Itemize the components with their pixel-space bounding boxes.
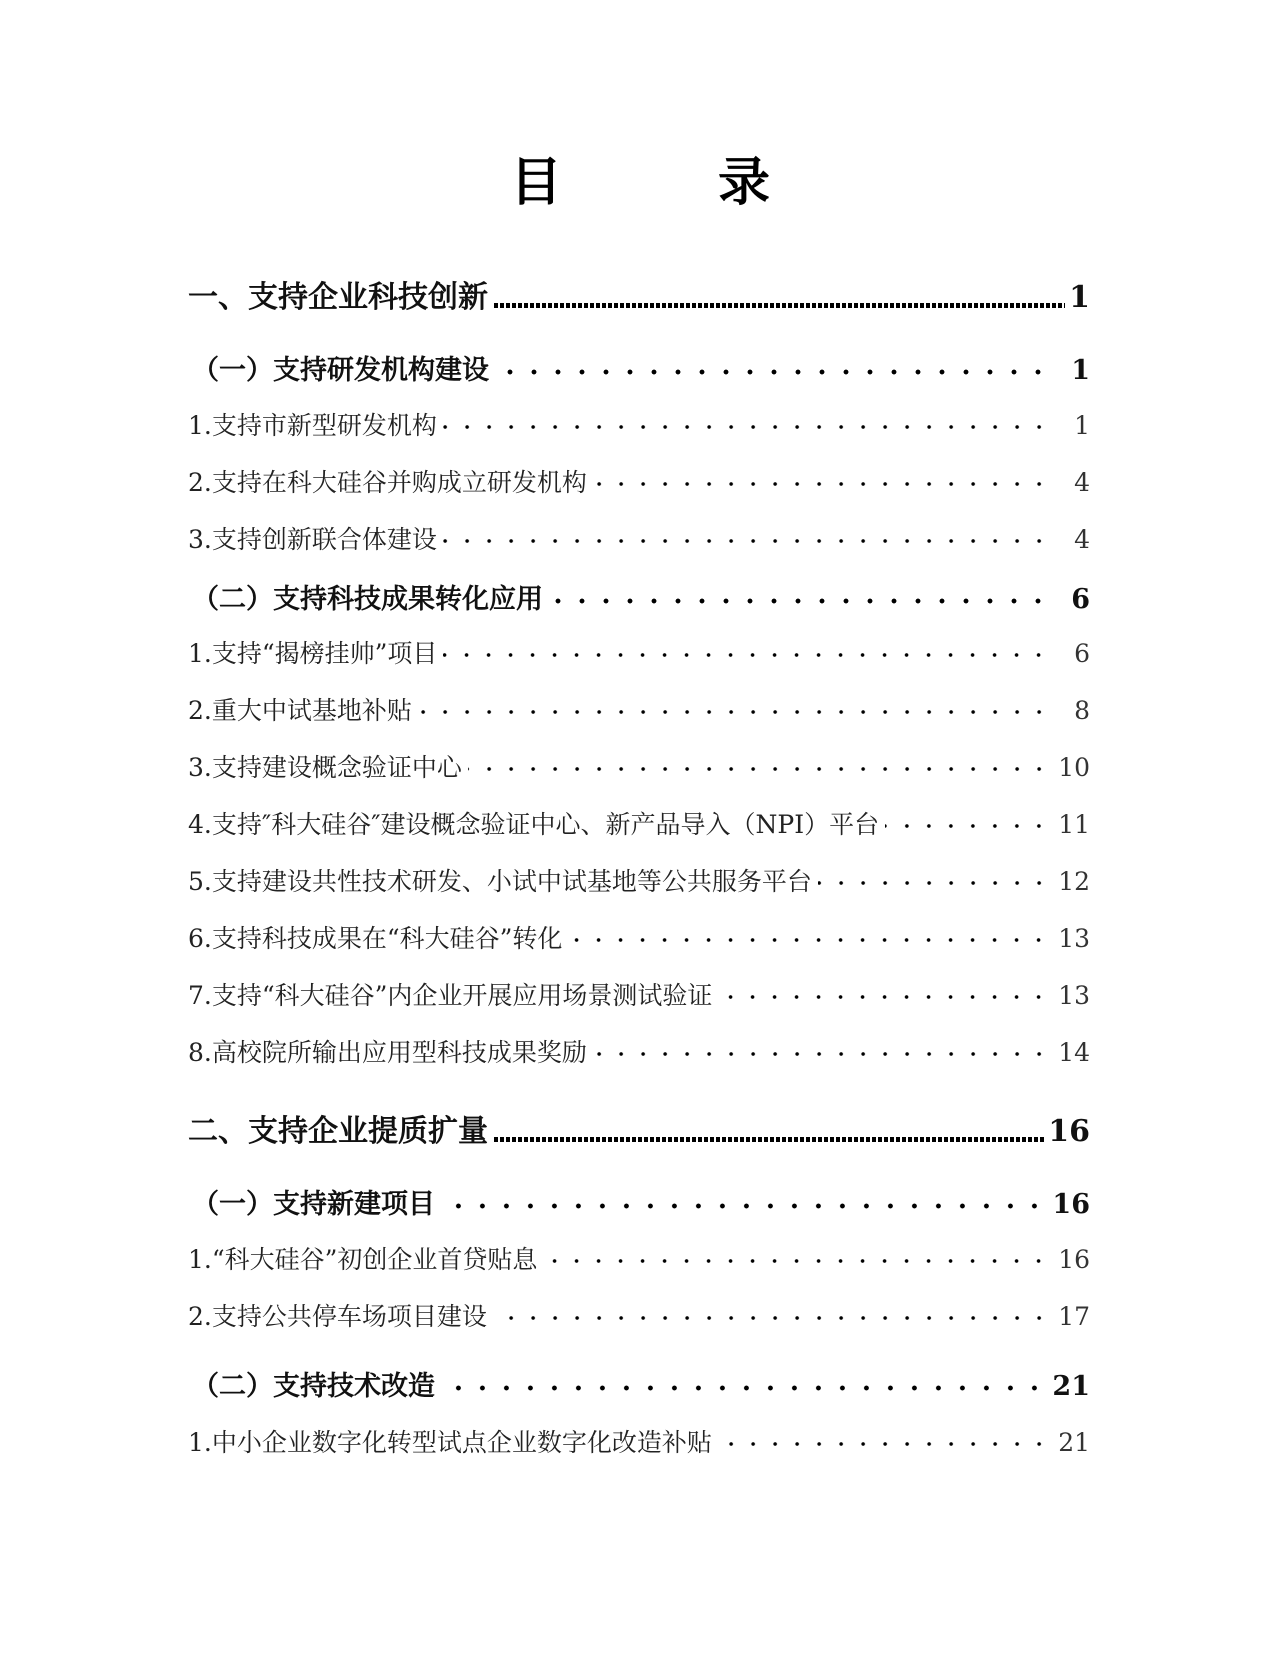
toc-entry-label: （二）支持技术改造 <box>188 1364 435 1403</box>
toc-entry-item[interactable]: 4.支持″科大硅谷″建设概念验证中心、新产品导入（NPI）平台 11 <box>188 805 1090 843</box>
toc-entry-label: （一）支持研发机构建设 <box>188 348 489 387</box>
toc-entry-page: 1 <box>1056 355 1090 386</box>
toc-entry-item[interactable]: 3.支持创新联合体建设 4 <box>188 520 1090 558</box>
toc-entry-page: 16 <box>1052 1189 1090 1220</box>
toc-entry-item[interactable]: 3.支持建设概念验证中心 10 <box>188 748 1090 786</box>
toc-entry-label: 1.支持市新型研发机构 <box>188 406 437 442</box>
toc-entry-item[interactable]: 8.高校院所输出应用型科技成果奖励 14 <box>188 1033 1090 1071</box>
dot-leader <box>493 1300 1050 1325</box>
toc-entry-page: 12 <box>1056 867 1090 896</box>
toc-entry-section[interactable]: （一）支持新建项目 16 <box>188 1182 1090 1222</box>
dot-leader <box>593 466 1050 491</box>
toc-entry-label: 二、支持企业提质扩量 <box>188 1106 488 1150</box>
toc-entry-page: 1 <box>1069 280 1090 315</box>
toc-entry-label: 4.支持″科大硅谷″建设概念验证中心、新产品导入（NPI）平台 <box>188 805 879 841</box>
dot-leader <box>494 303 1065 308</box>
dot-leader <box>495 352 1050 379</box>
dot-leader <box>885 808 1050 833</box>
toc-entry-label: 5.支持建设共性技术研发、小试中试基地等公共服务平台 <box>188 862 812 898</box>
toc-entry-label: 1.支持“揭榜挂帅”项目 <box>188 634 437 670</box>
dot-leader <box>593 1036 1050 1061</box>
document-page: 目 录 一、支持企业科技创新 1 （一）支持研发机构建设 1 1.支持市新型研发… <box>0 0 1280 1656</box>
dot-leader <box>468 751 1050 776</box>
dot-leader <box>718 979 1050 1004</box>
toc-entry-page: 6 <box>1056 639 1090 668</box>
toc-entry-label: 3.支持创新联合体建设 <box>188 520 437 556</box>
toc-entry-page: 21 <box>1052 1371 1090 1402</box>
toc-entry-section[interactable]: （二）支持技术改造 21 <box>188 1364 1090 1404</box>
toc-entry-page: 10 <box>1056 753 1090 782</box>
toc-entry-page: 17 <box>1056 1302 1090 1331</box>
toc-entry-item[interactable]: 1.支持“揭榜挂帅”项目 6 <box>188 634 1090 672</box>
dot-leader <box>443 409 1050 434</box>
dot-leader <box>418 694 1050 719</box>
toc-entry-item[interactable]: 1.中小企业数字化转型试点企业数字化改造补贴 21 <box>188 1423 1090 1461</box>
toc-entry-page: 16 <box>1048 1114 1090 1149</box>
toc-entry-item[interactable]: 2.支持公共停车场项目建设 17 <box>188 1297 1090 1335</box>
toc-entry-label: 1.中小企业数字化转型试点企业数字化改造补贴 <box>188 1423 712 1459</box>
toc-entry-item[interactable]: 1.支持市新型研发机构 1 <box>188 406 1090 444</box>
toc-entry-page: 21 <box>1056 1428 1090 1457</box>
toc-entry-page: 8 <box>1056 696 1090 725</box>
toc-entry-chapter-1[interactable]: 一、支持企业科技创新 1 <box>188 272 1090 314</box>
toc-entry-label: 8.高校院所输出应用型科技成果奖励 <box>188 1033 587 1069</box>
dot-leader <box>818 865 1050 890</box>
toc-entry-page: 4 <box>1056 468 1090 497</box>
toc-entry-label: 6.支持科技成果在“科大硅谷”转化 <box>188 919 562 955</box>
toc-entry-label: 2.支持在科大硅谷并购成立研发机构 <box>188 463 587 499</box>
toc-entry-label: （二）支持科技成果转化应用 <box>188 577 543 616</box>
toc-entry-item[interactable]: 2.支持在科大硅谷并购成立研发机构 4 <box>188 463 1090 501</box>
toc-entry-section[interactable]: （一）支持研发机构建设 1 <box>188 348 1090 388</box>
dot-leader <box>494 1137 1044 1142</box>
toc-entry-label: 2.支持公共停车场项目建设 <box>188 1297 487 1333</box>
toc-entry-page: 13 <box>1056 981 1090 1010</box>
toc-entry-page: 14 <box>1056 1038 1090 1067</box>
dot-leader <box>441 1186 1046 1213</box>
toc-entry-page: 4 <box>1056 525 1090 554</box>
dot-leader <box>443 637 1050 662</box>
toc-entry-chapter-2[interactable]: 二、支持企业提质扩量 16 <box>188 1106 1090 1148</box>
toc-title: 目 录 <box>0 148 1280 218</box>
toc-entry-item[interactable]: 6.支持科技成果在“科大硅谷”转化 13 <box>188 919 1090 957</box>
dot-leader <box>543 1243 1050 1268</box>
toc-entry-page: 6 <box>1056 584 1090 615</box>
dot-leader <box>443 523 1050 548</box>
dot-leader <box>568 922 1050 947</box>
dot-leader <box>441 1368 1046 1395</box>
toc-entry-section[interactable]: （二）支持科技成果转化应用 6 <box>188 577 1090 617</box>
toc-entry-item[interactable]: 2.重大中试基地补贴 8 <box>188 691 1090 729</box>
toc-entry-label: 1.“科大硅谷”初创企业首贷贴息 <box>188 1240 537 1276</box>
toc-entry-label: 7.支持“科大硅谷”内企业开展应用场景测试验证 <box>188 976 712 1012</box>
toc-entry-item[interactable]: 7.支持“科大硅谷”内企业开展应用场景测试验证 13 <box>188 976 1090 1014</box>
toc-entry-page: 13 <box>1056 924 1090 953</box>
toc-entry-label: （一）支持新建项目 <box>188 1182 435 1221</box>
toc-entry-label: 一、支持企业科技创新 <box>188 272 488 316</box>
toc-entry-page: 16 <box>1056 1245 1090 1274</box>
toc-entry-item[interactable]: 5.支持建设共性技术研发、小试中试基地等公共服务平台 12 <box>188 862 1090 900</box>
toc-entry-page: 11 <box>1056 810 1090 839</box>
toc-entry-item[interactable]: 1.“科大硅谷”初创企业首贷贴息 16 <box>188 1240 1090 1278</box>
toc-entry-page: 1 <box>1056 411 1090 440</box>
dot-leader <box>549 581 1050 608</box>
toc-entry-label: 2.重大中试基地补贴 <box>188 691 412 727</box>
toc-entry-label: 3.支持建设概念验证中心 <box>188 748 462 784</box>
dot-leader <box>718 1426 1050 1451</box>
